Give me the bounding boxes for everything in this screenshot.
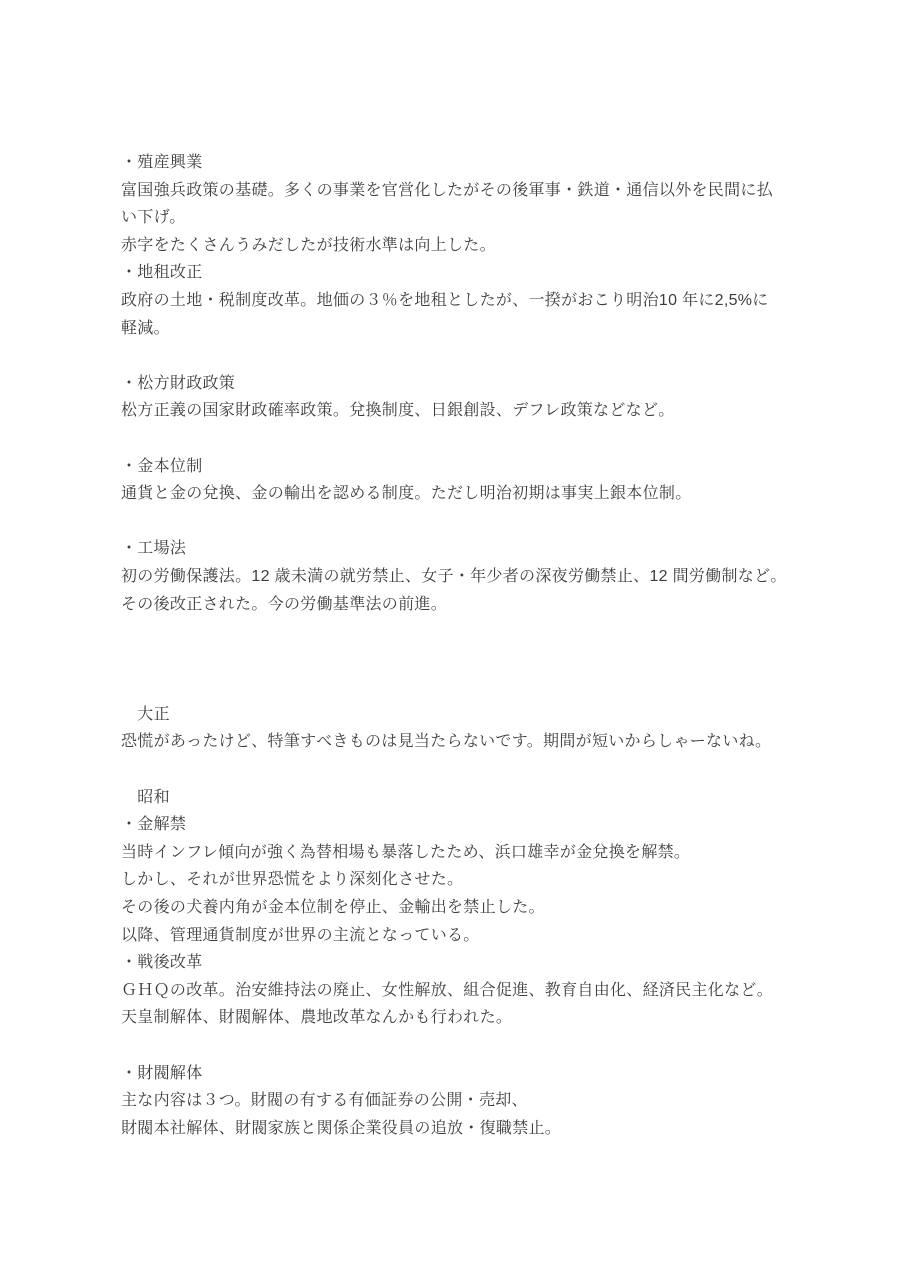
bullet-heading-line: ・地租改正 xyxy=(121,259,821,287)
blank-line xyxy=(121,673,821,701)
blank-line xyxy=(121,618,821,646)
body-text-line: しかし、それが世界恐慌をより深刻化させた。 xyxy=(121,866,821,894)
bullet-heading-line: ・財閥解体 xyxy=(121,1060,821,1088)
blank-line xyxy=(121,1032,821,1060)
body-text-line: その後の犬養内角が金本位制を停止、金輸出を禁止した。 xyxy=(121,894,821,922)
body-text-line: 天皇制解体、財閥解体、農地改革なんかも行われた。 xyxy=(121,1004,821,1032)
body-text-line: 富国強兵政策の基礎。多くの事業を官営化したがその後軍事・鉄道・通信以外を民間に払 xyxy=(121,177,821,205)
body-text-line: 政府の土地・税制度改革。地価の３％を地租としたが、一揆がおこり明治10 年に2,… xyxy=(121,287,821,315)
body-text-line: 松方正義の国家財政確率政策。兌換制度、日銀創設、デフレ政策などなど。 xyxy=(121,397,821,425)
blank-line xyxy=(121,646,821,674)
document-page: ・殖産興業富国強兵政策の基礎。多くの事業を官営化したがその後軍事・鉄道・通信以外… xyxy=(0,0,905,1280)
body-text-line: 通貨と金の兌換、金の輸出を認める制度。ただし明治初期は事実上銀本位制。 xyxy=(121,480,821,508)
bullet-heading-line: ・松方財政政策 xyxy=(121,370,821,398)
body-text-line: 主な内容は３つ。財閥の有する有価証券の公開・売却、 xyxy=(121,1087,821,1115)
blank-line xyxy=(121,508,821,536)
blank-line xyxy=(121,756,821,784)
body-text-line: 当時インフレ傾向が強く為替相場も暴落したため、浜口雄幸が金兌換を解禁。 xyxy=(121,839,821,867)
document-text: ・殖産興業富国強兵政策の基礎。多くの事業を官営化したがその後軍事・鉄道・通信以外… xyxy=(121,149,821,1142)
bullet-heading-line: ・工場法 xyxy=(121,535,821,563)
era-heading-line: 昭和 xyxy=(121,784,821,812)
blank-line xyxy=(121,342,821,370)
blank-line xyxy=(121,425,821,453)
bullet-heading-line: ・金解禁 xyxy=(121,811,821,839)
body-text-line: 以降、管理通貨制度が世界の主流となっている。 xyxy=(121,922,821,950)
body-text-line: その後改正された。今の労働基準法の前進。 xyxy=(121,591,821,619)
body-text-line: 恐慌があったけど、特筆すべきものは見当たらないです。期間が短いからしゃーないね。 xyxy=(121,728,821,756)
body-text-line: 赤字をたくさんうみだしたが技術水準は向上した。 xyxy=(121,232,821,260)
body-text-line: 財閥本社解体、財閥家族と関係企業役員の追放・復職禁止。 xyxy=(121,1115,821,1143)
body-text-line: ＧＨＱの改革。治安維持法の廃止、女性解放、組合促進、教育自由化、経済民主化など。 xyxy=(121,977,821,1005)
bullet-heading-line: ・殖産興業 xyxy=(121,149,821,177)
body-text-line: 初の労働保護法。12 歳未満の就労禁止、女子・年少者の深夜労働禁止、12 間労働… xyxy=(121,563,821,591)
era-heading-line: 大正 xyxy=(121,701,821,729)
body-text-line: 軽減。 xyxy=(121,315,821,343)
body-text-line: い下げ。 xyxy=(121,204,821,232)
bullet-heading-line: ・金本位制 xyxy=(121,453,821,481)
bullet-heading-line: ・戦後改革 xyxy=(121,949,821,977)
